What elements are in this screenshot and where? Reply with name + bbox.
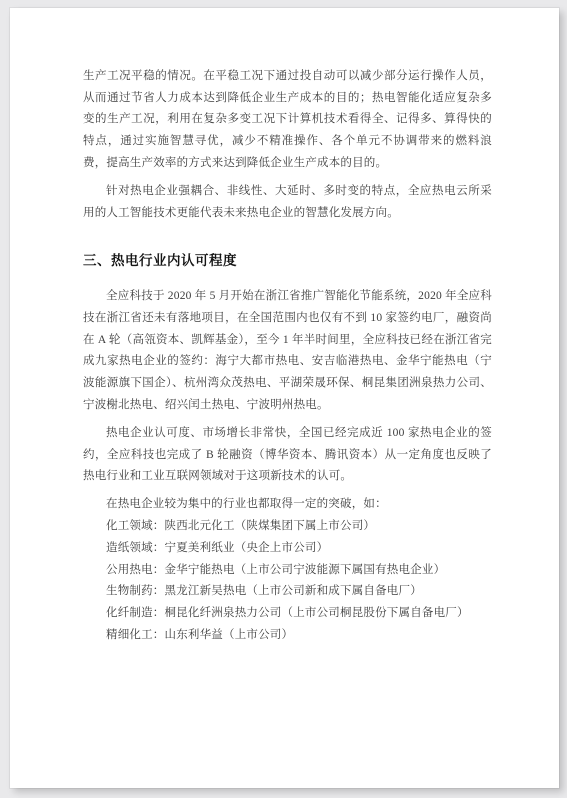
industry-item-biopharma: 生物制药：黑龙江新吴热电（上市公司新和成下属自备电厂） — [83, 581, 492, 603]
paragraph-ai-direction: 针对热电企业强耦合、非线性、大延时、多时变的特点，全应热电云所采用的人工智能技术… — [83, 181, 492, 224]
paragraph-production-stability: 生产工况平稳的情况。在平稳工况下通过投自动可以减少部分运行操作人员，从而通过节省… — [83, 66, 492, 175]
industry-item-paper: 造纸领域：宁夏美利纸业（央企上市公司） — [83, 538, 492, 560]
paragraph-market-growth: 热电企业认可度、市场增长非常快，全国已经完成近 100 家热电企业的签约，全应科… — [83, 423, 492, 488]
industry-item-fiber: 化纤制造：桐昆化纤洲泉热力公司（上市公司桐昆股份下属自备电厂） — [83, 603, 492, 625]
industry-item-fine-chemical: 精细化工：山东利华益（上市公司） — [83, 625, 492, 647]
industry-item-chemical: 化工领域：陕西北元化工（陕煤集团下属上市公司） — [83, 516, 492, 538]
industry-item-public-heat: 公用热电：金华宁能热电（上市公司宁波能源下属国有热电企业） — [83, 560, 492, 582]
document-page: 生产工况平稳的情况。在平稳工况下通过投自动可以减少部分运行操作人员，从而通过节省… — [10, 8, 559, 788]
document-canvas: 生产工况平稳的情况。在平稳工况下通过投自动可以减少部分运行操作人员，从而通过节省… — [0, 0, 567, 798]
paragraph-breakthrough-lead: 在热电企业较为集中的行业也都取得一定的突破，如： — [83, 494, 492, 516]
section-heading-recognition: 三、热电行业内认可程度 — [83, 250, 492, 272]
page-content: 生产工况平稳的情况。在平稳工况下通过投自动可以减少部分运行操作人员，从而通过节省… — [83, 66, 492, 646]
paragraph-zhejiang-signings: 全应科技于 2020 年 5 月开始在浙江省推广智能化节能系统，2020 年全应… — [83, 286, 492, 416]
